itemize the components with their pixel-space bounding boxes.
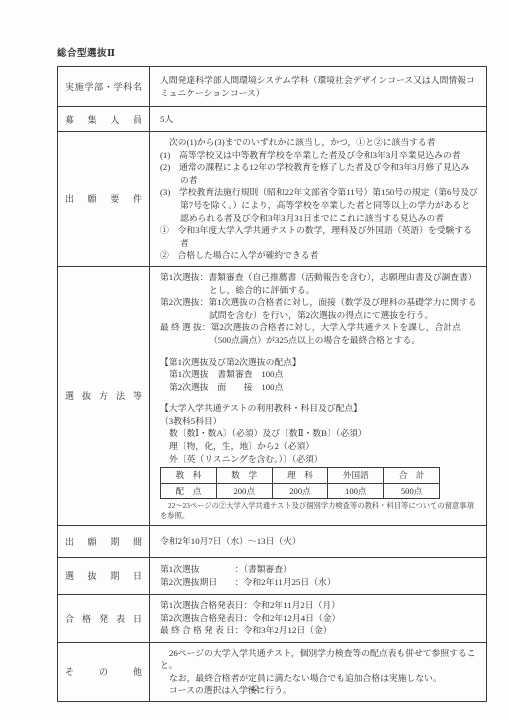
row-label-department: 実施学部・学科名 (58, 67, 150, 107)
score-header-foreign-language: 外国語 (328, 468, 384, 484)
selection-stage-final: 最 終 選 抜：第2次選抜の合格者に対し，大学入学共通テストを課し，合計点（50… (160, 321, 478, 346)
selection-stage-2: 第2次選抜：第1次選抜の合格者に対し，面接（数学及び理科の基礎学力に関する試問を… (160, 296, 478, 321)
row-label-selection-method: 選抜方法等 (58, 266, 150, 525)
page-title: 総合型選抜Ⅱ (57, 45, 116, 59)
requirements-intro: 次の(1)から(3)までのいずれかに該当し，かつ，①と②に該当する者 (160, 136, 478, 149)
score-value-foreign-language: 100点 (328, 483, 384, 499)
row-label-announcement-dates: 合格発表日 (58, 594, 150, 642)
table-row-requirements: 出願要件 次の(1)から(3)までのいずれかに該当し，かつ，①と②に該当する者 … (58, 132, 487, 267)
document-page: 総合型選抜Ⅱ 実施学部・学科名 人間発達科学部人間環境システム学科（環境社会デザ… (0, 0, 509, 720)
requirements-item-circled-1: ① 令和3年度大学入学共通テストの数学，理科及び外国語（英語）を受験する者 (160, 224, 478, 249)
kyotsu-subject-language: 外〔英（リスニングを含む。）〕（必須） (160, 453, 478, 466)
score-header-subject: 教 科 (161, 468, 217, 484)
announcement-line-1: 第1次選抜合格発表日：令和2年11月2日（月） (160, 599, 478, 612)
selection-stage-1: 第1次選抜：書類審査（自己推薦書（活動報告を含む），志願理由書及び調査書）とし，… (160, 271, 478, 296)
announcement-line-3: 最 終 合 格 発 表 日：令和3年2月12日（金） (160, 624, 478, 637)
requirements-item-circled-2: ② 合格した場合に入学が確約できる者 (160, 249, 478, 262)
requirements-item-3: (3) 学校教育法施行規則（昭和22年文部省令第11号）第150号の規定（第6号… (160, 186, 478, 224)
row-value-requirements: 次の(1)から(3)までのいずれかに該当し，かつ，①と②に該当する者 (1) 高… (150, 132, 487, 267)
score-allocation-table: 教 科 数 学 理 科 外国語 合 計 配 点 200点 200点 100点 (160, 467, 440, 499)
score-table-header-row: 教 科 数 学 理 科 外国語 合 計 (161, 468, 440, 484)
points-heading: 【第1次選抜及び第2次選抜の配点】 (160, 356, 478, 369)
row-value-application-period: 令和2年10月7日（水）～13日（火） (150, 525, 487, 557)
row-label-selection-dates: 選抜期日 (58, 557, 150, 594)
kyotsu-subject-math: 数〔数Ⅰ・数A〕（必須）及び〔数Ⅱ・数B〕（必須） (160, 427, 478, 440)
score-header-total: 合 計 (384, 468, 440, 484)
table-row-capacity: 募集人員 5人 (58, 107, 487, 132)
points-line-2: 第2次選抜 面 接 100点 (160, 381, 478, 394)
announcement-line-2: 第2次選抜合格発表日：令和2年12月4日（金） (160, 612, 478, 625)
score-header-math: 数 学 (216, 468, 272, 484)
selection-date-line-1: 第1次選抜 ：（書類審査） (160, 563, 478, 576)
table-row-announcement-dates: 合格発表日 第1次選抜合格発表日：令和2年11月2日（月） 第2次選抜合格発表日… (58, 594, 487, 642)
spacer (160, 347, 478, 356)
score-table-footnote: 22～23ページの②大学入学共通テスト及び個別学力検査等の教科・科目等についての… (160, 501, 478, 520)
kyotsu-test-heading: 【大学入学共通テストの利用教科・科目及び配点】 (160, 402, 478, 415)
table-row-application-period: 出願期間 令和2年10月7日（水）～13日（火） (58, 525, 487, 557)
kyotsu-subject-science: 理〔物，化，生，地〕から2（必須） (160, 440, 478, 453)
row-value-selection-method: 第1次選抜：書類審査（自己推薦書（活動報告を含む），志願理由書及び調査書）とし，… (150, 266, 487, 525)
points-line-1: 第1次選抜 書類審査 100点 (160, 368, 478, 381)
row-label-application-period: 出願期間 (58, 525, 150, 557)
row-value-announcement-dates: 第1次選抜合格発表日：令和2年11月2日（月） 第2次選抜合格発表日：令和2年1… (150, 594, 487, 642)
kyotsu-test-subheading: （3教科5科目） (160, 415, 478, 428)
requirements-item-1: (1) 高等学校又は中等教育学校を卒業した者及び令和3年3月卒業見込みの者 (160, 149, 478, 162)
other-line-1: 26ページの大学入学共通テスト，個別学力検査等の配点表も併せて参照すること。 (160, 647, 478, 672)
table-row-department: 実施学部・学科名 人間発達科学部人間環境システム学科（環境社会デザインコース又は… (58, 67, 487, 107)
score-value-total: 500点 (384, 483, 440, 499)
row-label-requirements: 出願要件 (58, 132, 150, 267)
spacer (160, 393, 478, 402)
score-value-science: 200点 (272, 483, 328, 499)
table-row-selection-dates: 選抜期日 第1次選抜 ：（書類審査） 第2次選抜期日 ：令和2年11月25日（水… (58, 557, 487, 594)
score-value-label: 配 点 (161, 483, 217, 499)
requirements-item-2: (2) 通常の課程による12年の学校教育を修了した者及び令和3年3月修了見込みの… (160, 161, 478, 186)
row-label-capacity: 募集人員 (58, 107, 150, 132)
score-header-science: 理 科 (272, 468, 328, 484)
selection-date-line-2: 第2次選抜期日 ：令和2年11月25日（水） (160, 576, 478, 589)
score-value-math: 200点 (216, 483, 272, 499)
table-row-selection-method: 選抜方法等 第1次選抜：書類審査（自己推薦書（活動報告を含む），志願理由書及び調… (58, 266, 487, 525)
score-table-value-row: 配 点 200点 200点 100点 500点 (161, 483, 440, 499)
row-value-department: 人間発達科学部人間環境システム学科（環境社会デザインコース又は人間情報コミュニケ… (150, 67, 487, 107)
row-value-selection-dates: 第1次選抜 ：（書類審査） 第2次選抜期日 ：令和2年11月25日（水） (150, 557, 487, 594)
page-number: −42− (0, 683, 509, 693)
row-value-capacity: 5人 (150, 107, 487, 132)
admission-table: 実施学部・学科名 人間発達科学部人間環境システム学科（環境社会デザインコース又は… (57, 66, 487, 702)
